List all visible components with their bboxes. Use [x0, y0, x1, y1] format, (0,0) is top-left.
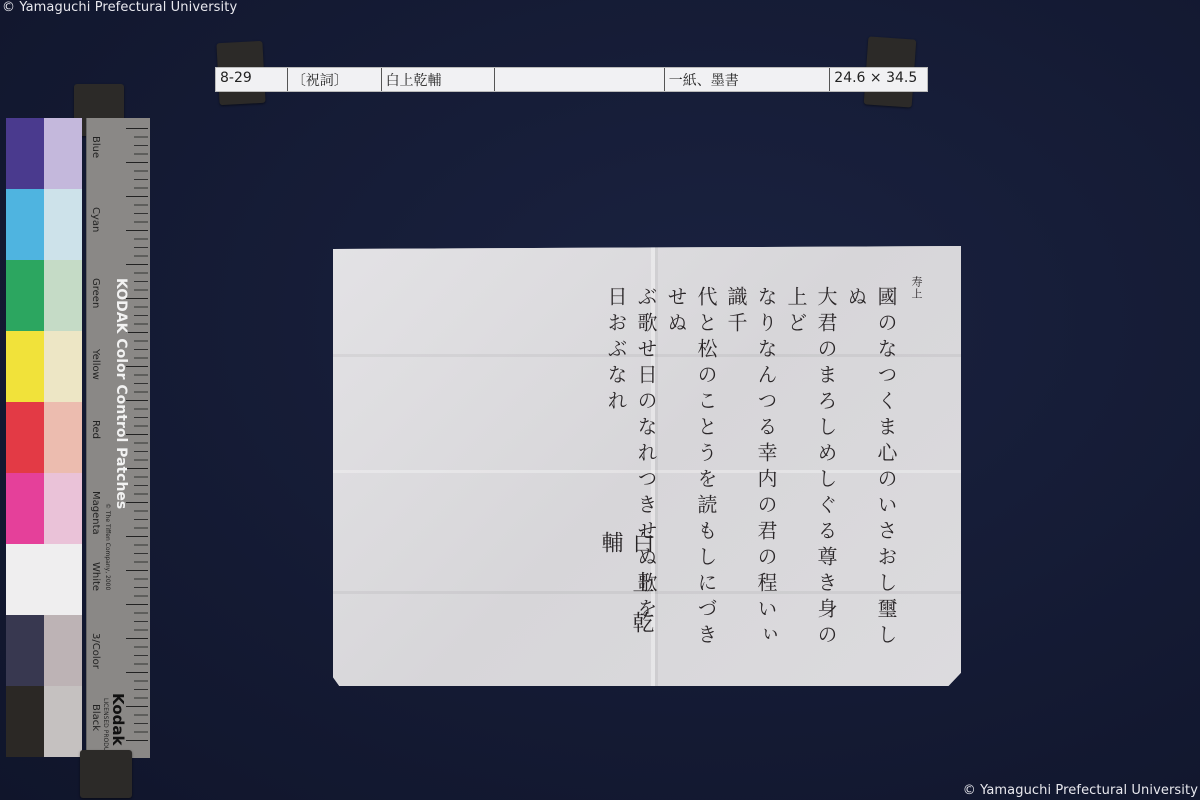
- patch-label: 3/Color: [90, 633, 101, 669]
- patch-label: White: [90, 562, 101, 591]
- manuscript-paper: 寿上 國のなつくま心のいさおし璽しぬ 大君のまろしめしぐる尊き身の上ど なりなん…: [333, 246, 961, 686]
- manuscript-column: 國のなつくま心のいさおし璽しぬ: [841, 286, 901, 666]
- manuscript-signature: 白上乾輔: [595, 531, 657, 686]
- tape-chart-bottom: [80, 750, 132, 798]
- color-patch-yellow-light: [44, 331, 82, 402]
- patch-label: Yellow: [90, 349, 101, 380]
- manuscript-column: 代と松のことうを読もしにづきせぬ: [661, 286, 721, 666]
- patch-label: Green: [90, 278, 101, 308]
- color-patch-3-color-dark: [6, 615, 44, 686]
- catalog-author: 白上乾輔: [382, 68, 496, 91]
- catalog-format: 一紙、墨書: [665, 68, 831, 91]
- watermark-top: © Yamaguchi Prefectural University: [2, 0, 237, 15]
- color-patches-light: [44, 118, 82, 757]
- manuscript-column: なりなんつる幸内の君の程いぃ識千: [721, 286, 781, 666]
- color-patch-green-light: [44, 260, 82, 331]
- catalog-dimensions: 24.6 × 34.5: [830, 68, 927, 91]
- color-patch-black-light: [44, 686, 82, 757]
- catalog-id: 8-29: [216, 68, 288, 91]
- catalog-label: 8-29 〔祝詞〕 白上乾輔 一紙、墨書 24.6 × 34.5: [215, 67, 928, 92]
- chart-copyright: © The Tiffen Company, 2000: [104, 503, 111, 590]
- color-patch-blue-dark: [6, 118, 44, 189]
- patch-label: Blue: [90, 136, 101, 158]
- color-patch-magenta-dark: [6, 473, 44, 544]
- color-patch-cyan-light: [44, 189, 82, 260]
- manuscript-column: 大君のまろしめしぐる尊き身の上ど: [781, 286, 841, 666]
- patch-label: Cyan: [90, 207, 101, 232]
- color-patch-red-light: [44, 402, 82, 473]
- color-patch-red-dark: [6, 402, 44, 473]
- color-patch-magenta-light: [44, 473, 82, 544]
- color-patches-dark: [6, 118, 44, 757]
- watermark-bottom: © Yamaguchi Prefectural University: [963, 783, 1198, 798]
- catalog-blank: [495, 68, 665, 91]
- ruler-ticks-major: [126, 128, 148, 748]
- color-patch-yellow-dark: [6, 331, 44, 402]
- color-patch-green-dark: [6, 260, 44, 331]
- catalog-category: 〔祝詞〕: [288, 68, 382, 91]
- patch-label: Magenta: [90, 491, 101, 535]
- patch-label: Black: [90, 704, 101, 731]
- kodak-color-chart: BlueCyanGreenYellowRedMagentaWhite3/Colo…: [6, 118, 143, 758]
- ruler: BlueCyanGreenYellowRedMagentaWhite3/Colo…: [86, 118, 150, 758]
- color-patch-blue-light: [44, 118, 82, 189]
- color-patch-black-dark: [6, 686, 44, 757]
- kodak-logo: Kodak: [109, 693, 127, 746]
- color-patch-3-color-light: [44, 615, 82, 686]
- chart-brand-title: KODAK Color Control Patches: [113, 278, 129, 509]
- manuscript-heading-note: 寿上: [901, 276, 931, 666]
- color-patch-cyan-dark: [6, 189, 44, 260]
- patch-label: Red: [90, 420, 101, 439]
